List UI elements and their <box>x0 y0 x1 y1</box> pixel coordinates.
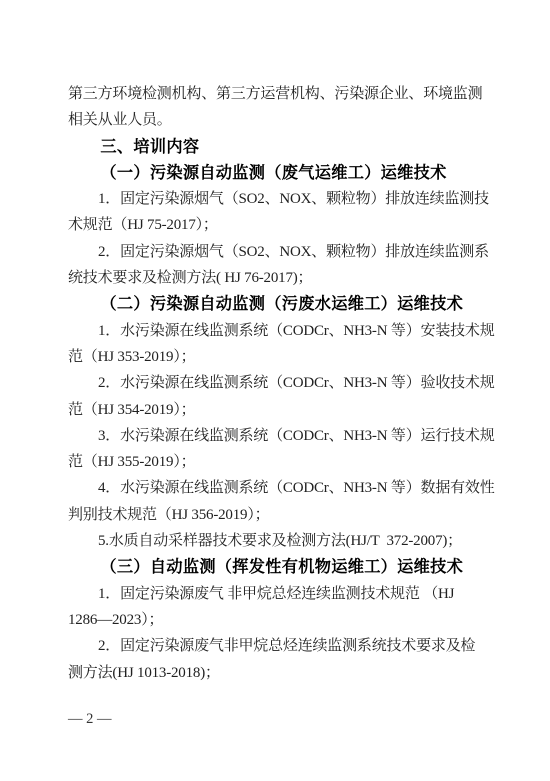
document-page: 第三方环境检测机构、第三方运营机构、污染源企业、环境监测 相关从业人员。 三、培… <box>0 0 550 781</box>
doc-line: 第三方环境检测机构、第三方运营机构、污染源企业、环境监测 <box>68 81 482 107</box>
doc-line: 测方法(HJ 1013-2018)； <box>68 660 482 686</box>
doc-line: 2．水污染源在线监测系统（CODCr、NH3-N 等）验收技术规 <box>68 370 482 396</box>
doc-line: 1．固定污染源废气 非甲烷总烃连续监测技术规范 （HJ <box>68 581 482 607</box>
doc-heading-line: 三、培训内容 <box>68 134 482 160</box>
doc-line: 术规范（HJ 75-2017）； <box>68 212 482 238</box>
doc-line: 范（HJ 355-2019）； <box>68 449 482 475</box>
doc-line: 1．水污染源在线监测系统（CODCr、NH3-N 等）安装技术规 <box>68 318 482 344</box>
doc-line: 1286—2023）； <box>68 607 482 633</box>
doc-line: 判别技术规范（HJ 356-2019）； <box>68 502 482 528</box>
doc-heading-line: （二）污染源自动监测（污废水运维工）运维技术 <box>68 291 482 317</box>
document-body: 第三方环境检测机构、第三方运营机构、污染源企业、环境监测 相关从业人员。 三、培… <box>68 81 482 686</box>
doc-line: 范（HJ 353-2019）； <box>68 344 482 370</box>
doc-heading-line: （一）污染源自动监测（废气运维工）运维技术 <box>68 160 482 186</box>
doc-line: 5.水质自动采样器技术要求及检测方法(HJ/T 372-2007)； <box>68 528 482 554</box>
doc-line: 范（HJ 354-2019）； <box>68 397 482 423</box>
doc-line: 统技术要求及检测方法( HJ 76-2017)； <box>68 265 482 291</box>
page-number: — 2 — <box>68 706 112 732</box>
doc-line: 4．水污染源在线监测系统（CODCr、NH3-N 等）数据有效性 <box>68 475 482 501</box>
doc-line: 1．固定污染源烟气（SO2、NOX、颗粒物）排放连续监测技 <box>68 186 482 212</box>
doc-line: 2．固定污染源烟气（SO2、NOX、颗粒物）排放连续监测系 <box>68 239 482 265</box>
doc-line: 3．水污染源在线监测系统（CODCr、NH3-N 等）运行技术规 <box>68 423 482 449</box>
doc-line: 相关从业人员。 <box>68 107 482 133</box>
doc-heading-line: （三）自动监测（挥发性有机物运维工）运维技术 <box>68 554 482 580</box>
doc-line: 2．固定污染源废气非甲烷总烃连续监测系统技术要求及检 <box>68 633 482 659</box>
